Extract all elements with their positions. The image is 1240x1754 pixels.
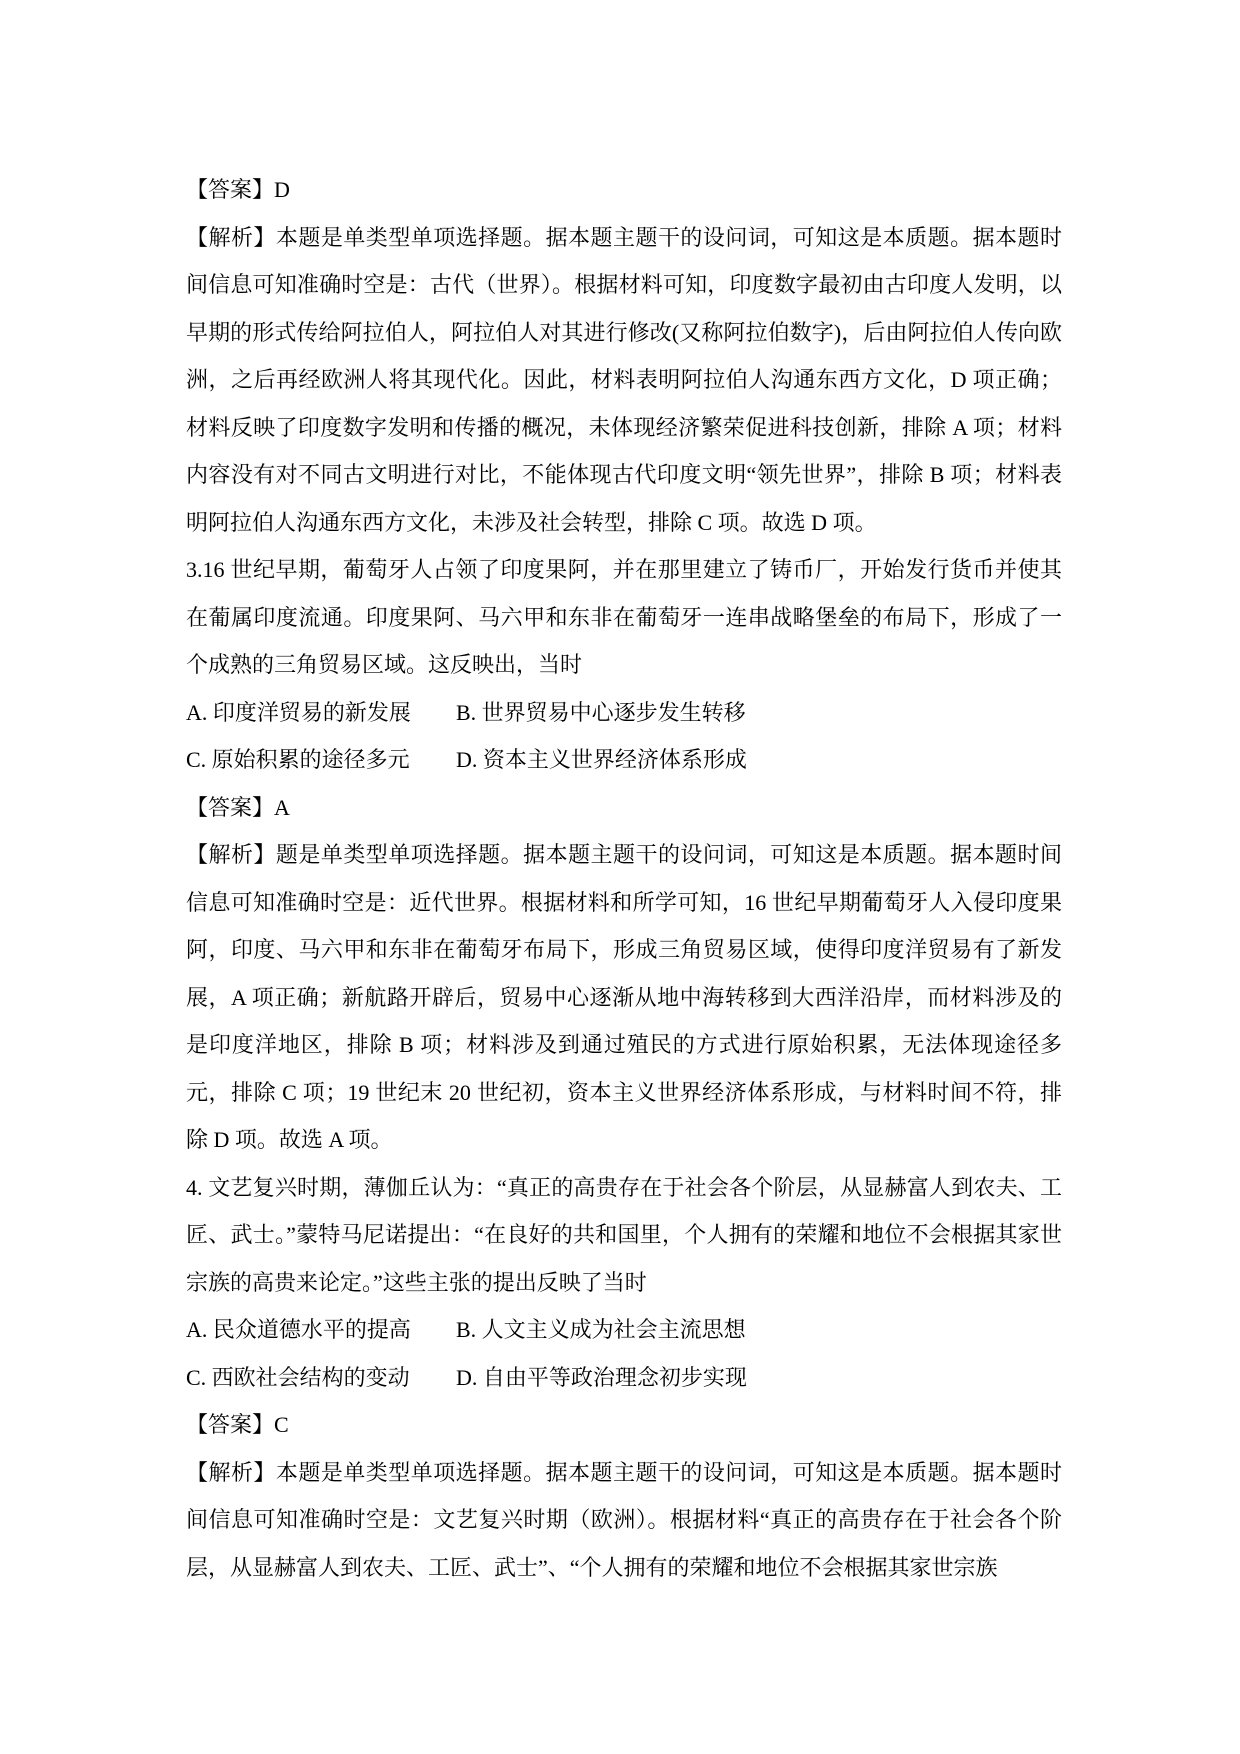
question-4-options-row-cd: C. 西欧社会结构的变动 D. 自由平等政治理念初步实现 — [186, 1354, 1062, 1402]
question-4-answer-line: 【答案】C — [186, 1401, 1062, 1449]
question-3-stem: 3.16 世纪早期，葡萄牙人占领了印度果阿，并在那里建立了铸币厂，开始发行货币并… — [186, 546, 1062, 689]
question-4-option-d: D. 自由平等政治理念初步实现 — [456, 1354, 1062, 1402]
question-4-analysis: 【解析】本题是单类型单项选择题。据本题主题干的设问词，可知这是本质题。据本题时间… — [186, 1449, 1062, 1592]
question-3-option-a: A. 印度洋贸易的新发展 — [186, 689, 456, 737]
document-page: 【答案】D 【解析】本题是单类型单项选择题。据本题主题干的设问词，可知这是本质题… — [0, 0, 1240, 1754]
question-3-option-c: C. 原始积累的途径多元 — [186, 736, 456, 784]
question-3-analysis: 【解析】题是单类型单项选择题。据本题主题干的设问词，可知这是本质题。据本题时间信… — [186, 831, 1062, 1164]
prev-question-analysis: 【解析】本题是单类型单项选择题。据本题主题干的设问词，可知这是本质题。据本题时间… — [186, 214, 1062, 547]
question-3-answer-line: 【答案】A — [186, 784, 1062, 832]
question-3-option-b: B. 世界贸易中心逐步发生转移 — [456, 689, 1062, 737]
question-4-options-row-ab: A. 民众道德水平的提高 B. 人文主义成为社会主流思想 — [186, 1306, 1062, 1354]
question-4-stem: 4. 文艺复兴时期，薄伽丘认为：“真正的高贵存在于社会各个阶层，从显赫富人到农夫… — [186, 1164, 1062, 1307]
prev-question-answer-line: 【答案】D — [186, 166, 1062, 214]
question-4-option-a: A. 民众道德水平的提高 — [186, 1306, 456, 1354]
question-4-option-c: C. 西欧社会结构的变动 — [186, 1354, 456, 1402]
question-4-option-b: B. 人文主义成为社会主流思想 — [456, 1306, 1062, 1354]
question-3-option-d: D. 资本主义世界经济体系形成 — [456, 736, 1062, 784]
question-3-options-row-ab: A. 印度洋贸易的新发展 B. 世界贸易中心逐步发生转移 — [186, 689, 1062, 737]
question-3-options-row-cd: C. 原始积累的途径多元 D. 资本主义世界经济体系形成 — [186, 736, 1062, 784]
